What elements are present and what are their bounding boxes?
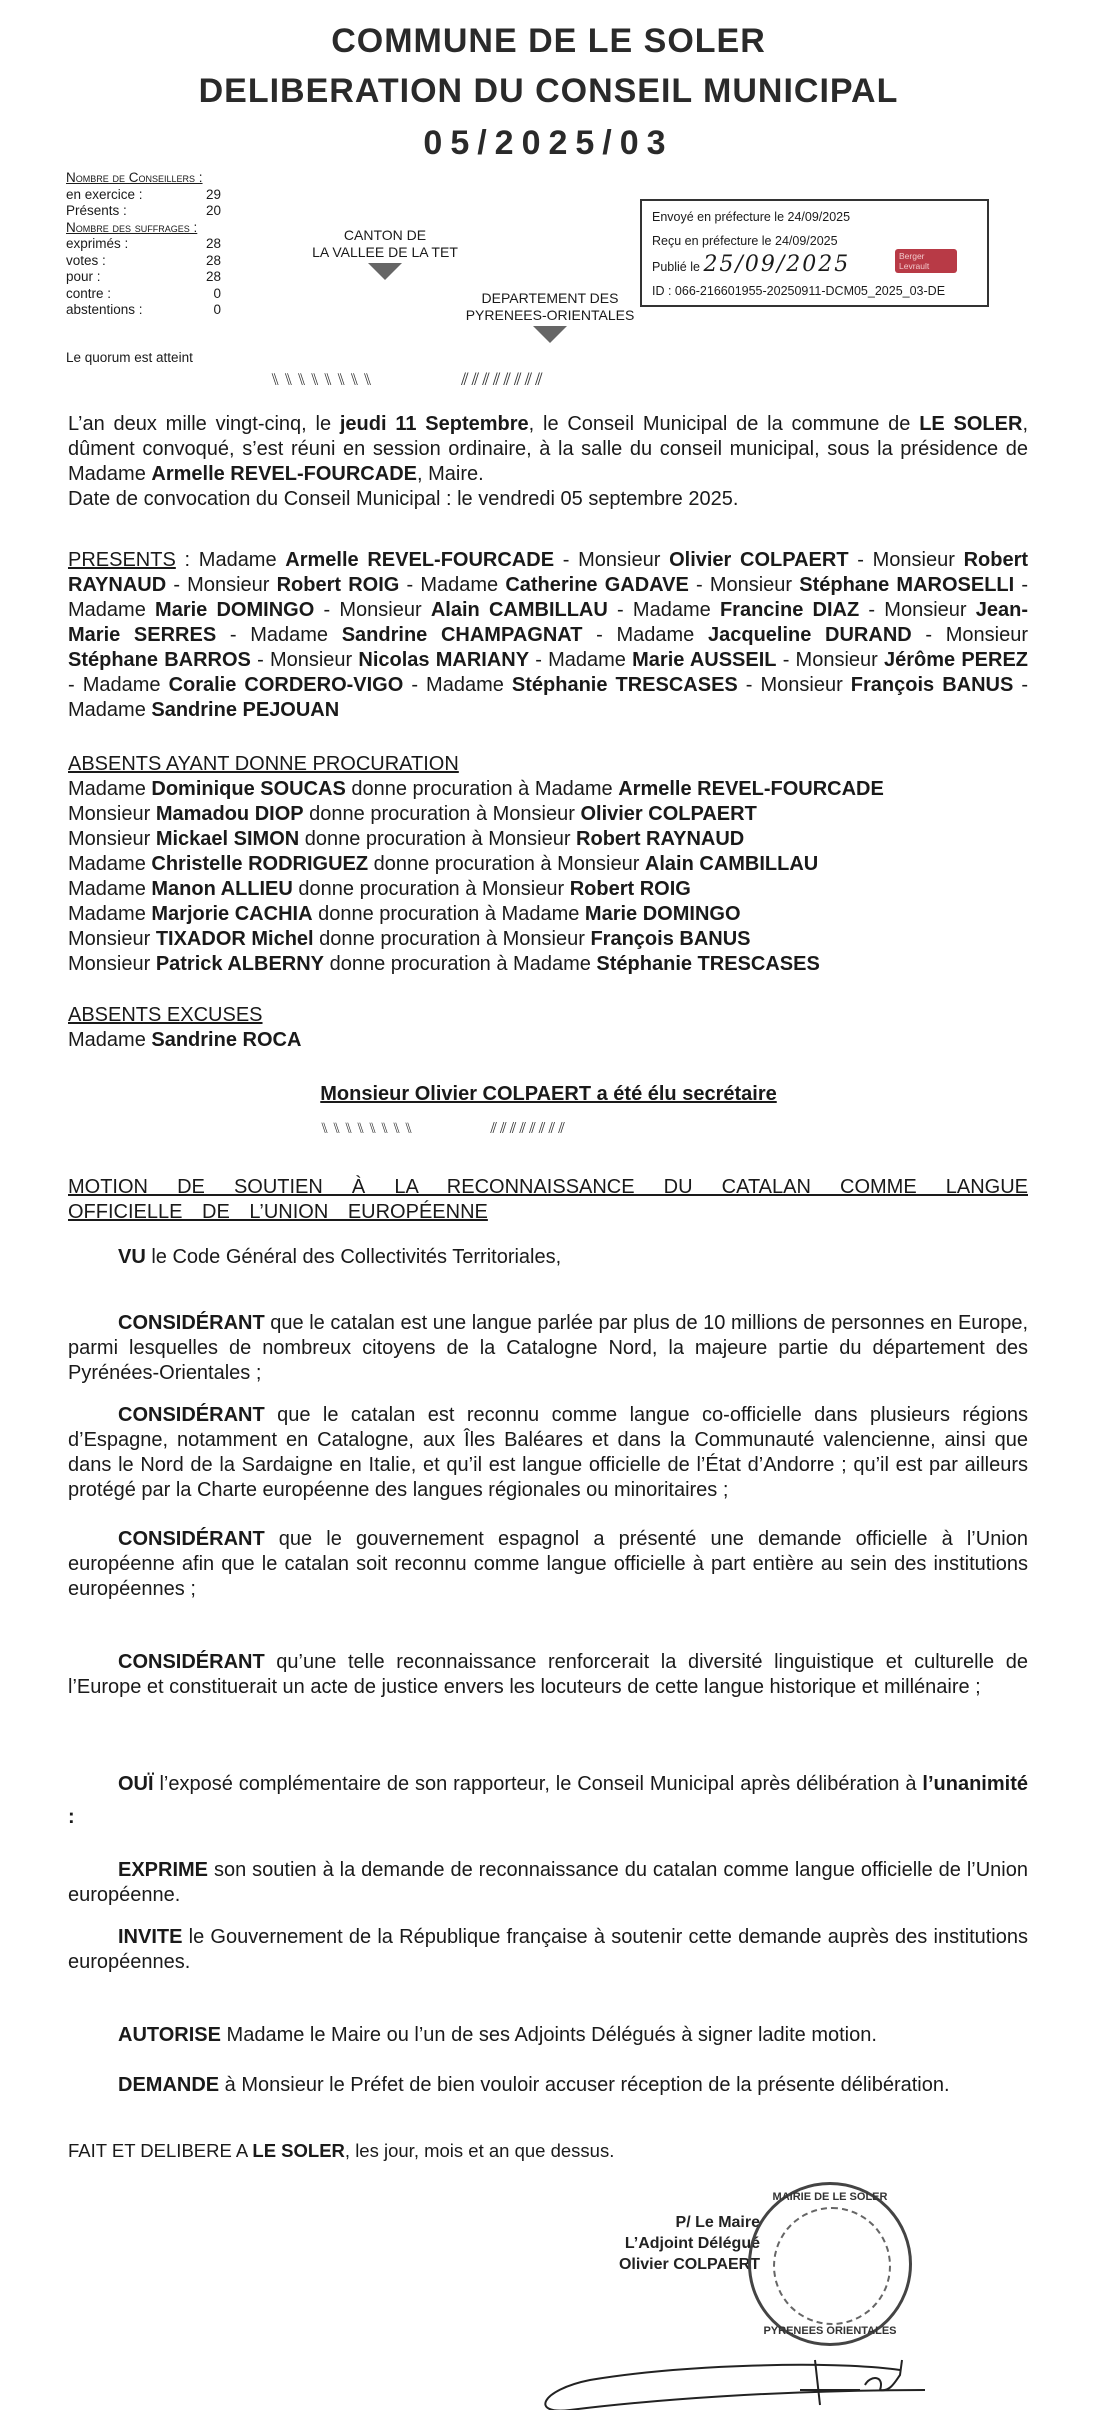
member-name: Nicolas MARIANY (358, 649, 529, 671)
member-title: Madame (633, 599, 720, 621)
keyword: VU (118, 1246, 146, 1268)
member-name: Stéphane MAROSELLI (799, 574, 1014, 596)
paragraph-oui: OUÏ l’exposé complémentaire de son rappo… (68, 1768, 1028, 1834)
ornament-right: ⫽⫽⫽⫽⫽⫽⫽⫽ (490, 1120, 568, 1137)
stat-value: 20 (201, 203, 221, 220)
from-title: Monsieur (68, 828, 156, 850)
procuration-row: Monsieur TIXADOR Michel donne procuratio… (68, 927, 1028, 952)
procuration-row: Madame Marjorie CACHIA donne procuration… (68, 902, 1028, 927)
separator: - (608, 599, 633, 621)
from-title: Madame (68, 853, 151, 875)
handwritten-signature-icon (530, 2320, 930, 2410)
procuration-row: Monsieur Mickael SIMON donne procuration… (68, 827, 1028, 852)
procuration-verb: donne procuration à Monsieur (304, 803, 581, 825)
member-title: Madame (616, 624, 708, 646)
signature-line2: L’Adjoint Délégué (580, 2233, 760, 2254)
procuration-verb: donne procuration à Madame (324, 953, 596, 975)
to-name: Robert RAYNAUD (576, 828, 744, 850)
procuration-row: Madame Manon ALLIEU donne procuration à … (68, 877, 1028, 902)
member-title: Monsieur (796, 649, 884, 671)
stat-row: votes :28 (66, 253, 221, 270)
member-name: François BANUS (851, 674, 1014, 696)
member-title: Madame (83, 674, 169, 696)
paragraph-considerant-1: CONSIDÉRANT que le catalan est une langu… (68, 1311, 1028, 1386)
deliberation-title: DELIBERATION DU CONSEIL MUNICIPAL (0, 72, 1097, 111)
procuration-verb: donne procuration à Monsieur (368, 853, 645, 875)
absents-excuses-label: ABSENTS EXCUSES (68, 1003, 1028, 1028)
canton-line2: LA VALLEE DE LA TET (280, 244, 490, 261)
separator: - (68, 674, 83, 696)
from-name: Manon ALLIEU (151, 878, 292, 900)
paragraph-demande: DEMANDE à Monsieur le Préfet de bien vou… (68, 2073, 1028, 2098)
publie-date-handwritten: 25/09/2025 (703, 252, 850, 277)
to-name: Olivier COLPAERT (580, 803, 756, 825)
procuration-verb: donne procuration à Monsieur (293, 878, 570, 900)
absents-excuses-section: ABSENTS EXCUSES Madame Sandrine ROCA (68, 1003, 1028, 1053)
member-title: Madame (250, 624, 342, 646)
paragraph-text: le Gouvernement de la République françai… (68, 1926, 1028, 1973)
to-name: Robert ROIG (570, 878, 691, 900)
departement-label: DEPARTEMENT DES PYRENEES-ORIENTALES (450, 290, 650, 343)
from-title: Madame (68, 903, 151, 925)
member-title: Monsieur (761, 674, 851, 696)
stat-value: 0 (201, 286, 221, 303)
from-title: Monsieur (68, 953, 156, 975)
ornament-left: ⑊⑊⑊⑊⑊⑊⑊⑊ (270, 370, 376, 389)
stat-label: Présents : (66, 203, 201, 220)
absents-procuration-section: ABSENTS AYANT DONNE PROCURATION Madame D… (68, 752, 1028, 977)
member-title: Madame (199, 549, 286, 571)
triangle-icon (533, 326, 567, 343)
presents-label: PRESENTS (68, 549, 176, 571)
separator: - (216, 624, 250, 646)
paragraph-text: l’exposé complémentaire de son rapporteu… (154, 1773, 923, 1795)
member-title: Monsieur (187, 574, 276, 596)
procuration-row: Madame Christelle RODRIGUEZ donne procur… (68, 852, 1028, 877)
separator: - (166, 574, 187, 596)
act-id: ID : 066-216601955-20250911-DCM05_2025_0… (652, 279, 987, 303)
paragraph-text: à Monsieur le Préfet de bien vouloir acc… (219, 2074, 949, 2096)
to-name: Stéphanie TRESCASES (596, 953, 819, 975)
from-title: Monsieur (68, 803, 156, 825)
stamp-line1: Berger (899, 251, 953, 261)
member-name: Stéphane BARROS (68, 649, 251, 671)
separator: - (403, 674, 426, 696)
separator: - (1014, 574, 1028, 596)
excuse-row: Madame Sandrine ROCA (68, 1028, 1028, 1053)
to-name: Marie DOMINGO (585, 903, 741, 925)
prefecture-receipt-box: Envoyé en préfecture le 24/09/2025 Reçu … (640, 199, 989, 307)
member-name: Francine DIAZ (720, 599, 859, 621)
paragraph-text: le Code Général des Collectivités Territ… (146, 1246, 561, 1268)
procuration-verb: donne procuration à Madame (346, 778, 618, 800)
from-title: Monsieur (68, 928, 156, 950)
signature-line1: P/ Le Maire (580, 2212, 760, 2233)
paragraph-vu: VU le Code Général des Collectivités Ter… (68, 1245, 1028, 1270)
member-name: Marie DOMINGO (155, 599, 314, 621)
commune-title: COMMUNE DE LE SOLER (0, 22, 1097, 61)
member-name: Marie AUSSEIL (632, 649, 776, 671)
member-title: Madame (420, 574, 505, 596)
procuration-row: Monsieur Patrick ALBERNY donne procurati… (68, 952, 1028, 977)
dept-line2: PYRENEES-ORIENTALES (450, 307, 650, 324)
to-name: François BANUS (590, 928, 750, 950)
signature-line3: Olivier COLPAERT (580, 2254, 760, 2275)
from-name: Marjorie CACHIA (151, 903, 312, 925)
member-title: Madame (68, 699, 151, 721)
member-name: Jacqueline DURAND (708, 624, 912, 646)
stat-row: contre :0 (66, 286, 221, 303)
stat-row: abstentions :0 (66, 302, 221, 319)
separator: - (1013, 674, 1028, 696)
president-name: Armelle REVEL-FOURCADE (151, 463, 417, 485)
keyword: CONSIDÉRANT (118, 1404, 265, 1426)
keyword: DEMANDE (118, 2074, 219, 2096)
fait-place: LE SOLER (252, 2140, 345, 2161)
stat-value: 28 (201, 236, 221, 253)
stat-label: abstentions : (66, 302, 201, 319)
keyword: INVITE (118, 1926, 182, 1948)
stat-label: exprimés : (66, 236, 201, 253)
separator: - (582, 624, 616, 646)
ornament-divider: ⑊⑊⑊⑊⑊⑊⑊⑊ ⫽⫽⫽⫽⫽⫽⫽⫽ (270, 370, 546, 390)
intro-paragraph: L’an deux mille vingt-cinq, le jeudi 11 … (68, 412, 1028, 512)
paragraph-invite: INVITE le Gouvernement de la République … (68, 1925, 1028, 1975)
stat-value: 28 (201, 253, 221, 270)
member-name: Catherine GADAVE (505, 574, 689, 596)
stat-row: pour :28 (66, 269, 221, 286)
stat-value: 29 (201, 187, 221, 204)
intro-text: L’an deux mille vingt-cinq, le (68, 413, 340, 435)
member-title: Monsieur (873, 549, 964, 571)
stat-row: Présents :20 (66, 203, 221, 220)
separator: - (251, 649, 270, 671)
seal-top-text: MAIRIE DE LE SOLER (751, 2191, 909, 2203)
stat-row: en exercice :29 (66, 187, 221, 204)
separator: - (912, 624, 946, 646)
paragraph-text: Madame le Maire ou l’un de ses Adjoints … (221, 2024, 877, 2046)
keyword: CONSIDÉRANT (118, 1312, 265, 1334)
commune-name: LE SOLER (919, 413, 1022, 435)
procuration-verb: donne procuration à Madame (313, 903, 585, 925)
secretaire-line: Monsieur Olivier COLPAERT a été élu secr… (0, 1083, 1097, 1106)
fait-text: , les jour, mois et an que dessus. (345, 2140, 614, 2161)
stat-label: en exercice : (66, 187, 201, 204)
fait-et-delibere: FAIT ET DELIBERE A LE SOLER, les jour, m… (68, 2138, 1028, 2163)
berger-levrault-stamp: Berger Levrault (895, 249, 957, 273)
from-name: Patrick ALBERNY (156, 953, 324, 975)
keyword: CONSIDÉRANT (118, 1528, 265, 1550)
keyword: AUTORISE (118, 2024, 221, 2046)
paragraph-considerant-4: CONSIDÉRANT qu’une telle reconnaissance … (68, 1650, 1028, 1700)
ornament-divider: ⑊⑊⑊⑊⑊⑊⑊⑊ ⫽⫽⫽⫽⫽⫽⫽⫽ (320, 1120, 568, 1137)
from-name: TIXADOR Michel (156, 928, 314, 950)
fait-text: FAIT ET DELIBERE A (68, 2140, 252, 2161)
from-title: Madame (68, 878, 151, 900)
motion-title: MOTION DE SOUTIEN À LA RECONNAISSANCE DU… (68, 1175, 1028, 1225)
member-title: Monsieur (270, 649, 358, 671)
member-name: Olivier COLPAERT (669, 549, 848, 571)
signature-block: P/ Le Maire L’Adjoint Délégué Olivier CO… (580, 2212, 760, 2275)
procuration-verb: donne procuration à Monsieur (299, 828, 576, 850)
paragraph-text: son soutien à la demande de reconnaissan… (68, 1859, 1028, 1906)
member-name: Jérôme PEREZ (884, 649, 1028, 671)
separator: - (777, 649, 796, 671)
ornament-left: ⑊⑊⑊⑊⑊⑊⑊⑊ (320, 1120, 416, 1137)
suffrages-header: Nombre des suffrages : (66, 220, 221, 237)
procuration-row: Monsieur Mamadou DIOP donne procuration … (68, 802, 1028, 827)
paragraph-exprime: EXPRIME son soutien à la demande de reco… (68, 1858, 1028, 1908)
paragraph-considerant-2: CONSIDÉRANT que le catalan est reconnu c… (68, 1403, 1028, 1503)
separator: - (554, 549, 578, 571)
secretaire-text: Monsieur Olivier COLPAERT a été élu secr… (320, 1083, 776, 1105)
presents-sep: : (176, 549, 199, 571)
member-title: Madame (548, 649, 632, 671)
separator: - (399, 574, 420, 596)
paragraph-autorise: AUTORISE Madame le Maire ou l’un de ses … (68, 2023, 1028, 2048)
procuration-verb: donne procuration à Monsieur (314, 928, 591, 950)
member-name: Alain CAMBILLAU (431, 599, 608, 621)
convocation-date: Date de convocation du Conseil Municipal… (68, 487, 1028, 512)
publie-label: Publié le (652, 260, 700, 274)
excuse-name: Sandrine ROCA (151, 1029, 301, 1051)
member-title: Monsieur (884, 599, 975, 621)
member-title: Monsieur (946, 624, 1028, 646)
stat-value: 28 (201, 269, 221, 286)
seal-emblem (773, 2207, 891, 2325)
intro-text: , Maire. (417, 463, 484, 485)
presents-paragraph: PRESENTS : Madame Armelle REVEL-FOURCADE… (68, 548, 1028, 723)
meeting-date: jeudi 11 Septembre (340, 413, 529, 435)
member-title: Monsieur (578, 549, 669, 571)
member-name: Sandrine CHAMPAGNAT (342, 624, 583, 646)
separator: - (314, 599, 339, 621)
stat-value: 0 (201, 302, 221, 319)
separator: - (529, 649, 548, 671)
from-name: Mickael SIMON (156, 828, 299, 850)
excuse-title: Madame (68, 1029, 151, 1051)
stat-label: pour : (66, 269, 201, 286)
envoye-line: Envoyé en préfecture le 24/09/2025 (652, 205, 987, 229)
canton-label: CANTON DE LA VALLEE DE LA TET (280, 227, 490, 280)
triangle-icon (368, 263, 402, 280)
member-name: Armelle REVEL-FOURCADE (285, 549, 554, 571)
member-name: Coralie CORDERO-VIGO (169, 674, 404, 696)
separator: - (689, 574, 710, 596)
stamp-line2: Levrault (899, 261, 953, 271)
to-name: Alain CAMBILLAU (645, 853, 818, 875)
from-name: Christelle RODRIGUEZ (151, 853, 368, 875)
member-title: Madame (426, 674, 512, 696)
conseillers-header: Nombre de Conseillers : (66, 170, 221, 187)
stat-label: votes : (66, 253, 201, 270)
member-title: Monsieur (339, 599, 430, 621)
to-name: Armelle REVEL-FOURCADE (618, 778, 884, 800)
keyword: OUÏ (118, 1773, 154, 1795)
separator: - (738, 674, 761, 696)
separator: - (849, 549, 873, 571)
keyword: CONSIDÉRANT (118, 1651, 265, 1673)
member-name: Stéphanie TRESCASES (512, 674, 738, 696)
separator: - (859, 599, 884, 621)
keyword: EXPRIME (118, 1859, 208, 1881)
member-title: Monsieur (710, 574, 799, 596)
paragraph-considerant-3: CONSIDÉRANT que le gouvernement espagnol… (68, 1527, 1028, 1602)
from-name: Mamadou DIOP (156, 803, 304, 825)
stat-row: exprimés :28 (66, 236, 221, 253)
member-name: Robert ROIG (277, 574, 400, 596)
member-name: Sandrine PEJOUAN (151, 699, 339, 721)
deliberation-number: 05/2025/03 (0, 124, 1097, 163)
procuration-row: Madame Dominique SOUCAS donne procuratio… (68, 777, 1028, 802)
canton-line1: CANTON DE (280, 227, 490, 244)
from-title: Madame (68, 778, 151, 800)
dept-line1: DEPARTEMENT DES (450, 290, 650, 307)
quorum-note: Le quorum est atteint (66, 350, 193, 365)
member-title: Madame (68, 599, 155, 621)
ornament-right: ⫽⫽⫽⫽⫽⫽⫽⫽ (461, 370, 546, 389)
stat-label: contre : (66, 286, 201, 303)
from-name: Dominique SOUCAS (151, 778, 345, 800)
council-stats: Nombre de Conseillers : en exercice :29P… (66, 170, 221, 319)
absents-procuration-label: ABSENTS AYANT DONNE PROCURATION (68, 752, 1028, 777)
intro-text: , le Conseil Municipal de la commune de (529, 413, 920, 435)
